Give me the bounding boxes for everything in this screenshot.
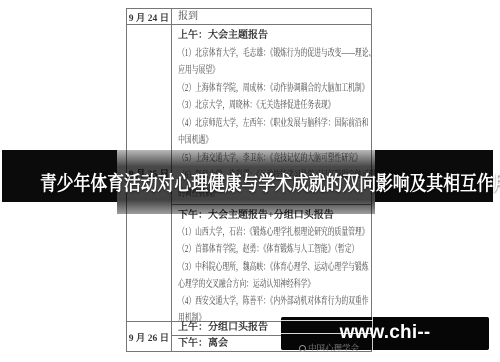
society-label-text: 中国心理学会 <box>308 344 359 353</box>
report-item: （1）山西大学，石岩：《锻炼心理学扎根理论研究的质量管理》 <box>172 224 373 241</box>
society-logo-icon <box>299 345 306 352</box>
report-item: （3）北京大学，周晓林：《无关选择促进任务表现》 <box>172 97 373 115</box>
date-cell-sep24: 9 月 24 日 <box>127 9 171 24</box>
registration-cell: 报到 <box>172 9 373 24</box>
society-label: 中国心理学会 <box>299 344 359 353</box>
report-item: （4）西安交通大学，陈善平：《内外部动机对体育行为的双重作 <box>172 293 373 310</box>
afternoon-session-items: （1）山西大学，石岩：《锻炼心理学扎根理论研究的质量管理》 （2）首都体育学院，… <box>172 224 373 327</box>
report-item: 应用与展望》 <box>172 62 373 80</box>
page: 9 月 24 日 报到 9 月 25 日 上午：大会主题报告 （1）北京体育大学… <box>0 0 500 362</box>
report-item: 心理学的交叉融合方向：运动认知神经科学》 <box>172 276 373 293</box>
report-item: （2）首都体育学院，赵勇：《体育锻炼与人工智能》（暂定） <box>172 241 373 258</box>
report-item: 中国机遇》 <box>172 132 373 150</box>
report-item: （4）北京师范大学，左西年：《职业发展与脑科学：国际前沿和 <box>172 115 373 133</box>
article-title: 青少年体育活动对心理健康与学术成就的双向影响及其相互作用研究 <box>40 167 460 196</box>
morning-session-header: 上午：大会主题报告 <box>172 27 373 45</box>
report-item: （2）上海体育学院，周成林：《动作协调耦合的大脑加工机制》 <box>172 80 373 98</box>
report-item: （3）中科院心理所，魏高峡：《体育心理学、运动心理学与锻炼 <box>172 259 373 276</box>
date-cell-sep26: 9 月 26 日 <box>127 321 171 353</box>
report-item: （1）北京体育大学，毛志雄：《锻炼行为的促进与改变——理论、 <box>172 45 373 63</box>
afternoon-session-cell: 下午：大会主题报告+分组口头报告 （1）山西大学，石岩：《锻炼心理学扎根理论研究… <box>172 205 373 322</box>
